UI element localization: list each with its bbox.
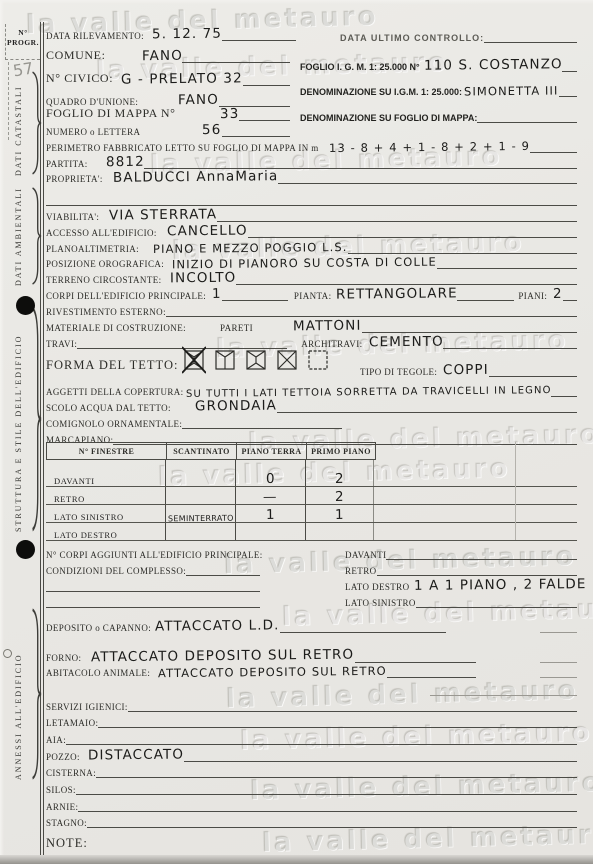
ruled-line — [540, 630, 577, 633]
ruled-line — [562, 69, 577, 72]
roof-shape-options — [182, 346, 330, 374]
field-label: TIPO DI TEGOLE: — [360, 367, 437, 377]
table-row: LATO SINISTRO SEMINTERRATO 1 1 — [46, 505, 376, 523]
field-label: DENOMINAZIONE SU I.G.M. 1: 25.000: — [300, 87, 462, 97]
field-label: FOGLIO DI MAPPA N° — [46, 106, 176, 121]
field-value-handwritten: GRONDAIA — [195, 398, 277, 415]
field-value-handwritten: ATTACCATO DEPOSITO SUL RETRO — [158, 664, 387, 680]
ruled-line — [551, 394, 577, 397]
ruled-line — [184, 759, 577, 762]
progr-label: N° — [6, 28, 40, 38]
field-label: SCOLO ACQUA DAL TETTO: — [46, 403, 171, 413]
field-value-handwritten: G - PRELATO 32 — [121, 70, 243, 87]
field-value-handwritten: MATTONI — [293, 318, 362, 335]
ruled-line — [540, 675, 577, 678]
field-value-handwritten: VIA STERRATA — [109, 206, 217, 223]
margin-group-label: DATI AMBIENTALI — [14, 186, 23, 286]
ruled-line — [96, 775, 577, 778]
cell-value-handwritten: 2 — [335, 489, 345, 505]
field-label: AGGETTI DELLA COPERTURA: — [46, 387, 184, 397]
column-header: SCANTINATO — [166, 443, 236, 459]
cell-value-handwritten: — — [263, 489, 278, 505]
field-label: COMUNE: — [46, 48, 106, 63]
field-label: NOTE: — [46, 836, 88, 851]
field-label: ACCESSO ALL'EDIFICIO: — [46, 228, 157, 238]
field-label: LATO DESTRO — [345, 582, 410, 592]
margin-group-dati-ambientali: DATI AMBIENTALI — [6, 186, 42, 286]
field-label: AIA: — [46, 735, 66, 745]
cell-value-handwritten: 1 — [266, 507, 276, 523]
field-label: PARTITA: — [46, 159, 88, 169]
row-label: DAVANTI — [46, 469, 165, 487]
ruled-line — [489, 374, 577, 377]
table-row: RETRO — 2 — [46, 487, 376, 505]
ruled-line — [477, 120, 577, 123]
page-edge — [0, 0, 593, 4]
ruled-line — [87, 825, 577, 828]
cell-value-handwritten: SEMINTERRATO — [168, 514, 234, 524]
field-value-handwritten: 5. 12. 75 — [152, 26, 222, 43]
ruled-line — [222, 38, 296, 41]
field-label: DEPOSITO o CAPANNO: — [46, 623, 151, 633]
field-label: CONDIZIONI DEL COMPLESSO: — [46, 566, 186, 576]
punch-hole-icon — [16, 296, 35, 315]
ruled-line — [437, 266, 577, 269]
field-value-handwritten: 1 — [212, 286, 222, 302]
field-value-handwritten: ATTACCATO L.D. — [155, 617, 280, 634]
ruled-line — [76, 792, 577, 795]
ruled-line — [362, 330, 577, 333]
field-label: VIABILITA': — [46, 212, 99, 222]
margin-group-label: DATI CATASTALI — [14, 70, 23, 176]
ruled-line — [128, 709, 577, 712]
ruled-line — [182, 426, 342, 429]
field-value-handwritten: CANCELLO — [167, 223, 248, 240]
ruled-line — [416, 605, 577, 608]
roof-hip-top-ridge-icon — [213, 346, 237, 374]
ruled-line — [236, 282, 577, 285]
cell-value-handwritten: 0 — [266, 471, 276, 487]
field-label: DENOMINAZIONE SU FOGLIO DI MAPPA: — [300, 113, 477, 123]
field-label: SERVIZI IGIENICI: — [46, 702, 128, 712]
page-edge — [0, 855, 593, 864]
field-label: DATA ULTIMO CONTROLLO: — [340, 33, 484, 43]
ruled-line — [166, 314, 577, 317]
ruled-line — [430, 693, 577, 696]
field-value-handwritten: SIMONETTA III — [464, 84, 559, 99]
field-label: PLANOALTIMETRIA: — [46, 244, 139, 254]
row-label: RETRO — [46, 487, 165, 505]
brace-icon — [30, 70, 42, 176]
ruled-line — [530, 150, 577, 153]
field-value-handwritten: 2 — [553, 286, 563, 302]
scanned-survey-form: la valle del metauro la valle del metaur… — [0, 0, 593, 864]
field-label: FORMA DEL TETTO: — [46, 358, 178, 373]
ruled-line — [248, 235, 578, 238]
roof-flat-icon — [306, 346, 330, 374]
column-header: N° FINESTRE — [47, 443, 166, 459]
field-label: DATA RILEVAMENTO: — [46, 31, 144, 41]
field-value-handwritten: 8812 — [106, 154, 145, 170]
field-value-handwritten: COPPI — [443, 362, 489, 378]
margin-group-annessi: ANNESSI ALL'EDIFICIO — [6, 608, 42, 780]
field-label: PIANTA: — [294, 291, 332, 301]
ruled-line — [186, 573, 260, 576]
field-label: FOGLIO I. G. M. 1: 25.000 N° — [300, 62, 420, 72]
field-label: ABITACOLO ANIMALE: — [46, 668, 150, 678]
field-label: PROPRIETA': — [46, 174, 103, 184]
brace-icon — [30, 306, 42, 532]
field-value-handwritten: CEMENTO — [368, 334, 443, 351]
progr-label: PROGR. — [6, 38, 40, 48]
field-label: N° CIVICO: — [46, 71, 113, 86]
field-value-handwritten: DISTACCATO — [88, 746, 184, 763]
ruled-line — [217, 219, 577, 222]
row-label: LATO DESTRO — [46, 523, 165, 541]
field-label: COMIGNOLO ORNAMENTALE: — [46, 419, 182, 429]
ruled-line — [443, 346, 577, 349]
field-value-handwritten: 56 — [202, 122, 222, 138]
field-value-handwritten: RETTANGOLARE — [335, 285, 457, 302]
field-value-handwritten: BALDUCCI AnnaMaria — [113, 168, 279, 186]
field-label: POSIZIONE OROGRAFICA: — [46, 259, 164, 269]
field-label: RIVESTIMENTO ESTERNO: — [46, 307, 166, 317]
ruled-line — [243, 83, 290, 86]
ruled-line — [386, 557, 577, 560]
ruled-line — [457, 298, 514, 301]
finestre-table: N° FINESTRE SCANTINATO PIANO TERRA PRIMO… — [46, 442, 376, 541]
ruled-line — [222, 134, 290, 137]
field-value-handwritten: 13 - 8 + 4 + 1 - 8 + 2 + 1 - 9 — [329, 139, 530, 155]
ruled-line — [182, 60, 290, 63]
margin-group-label: ANNESSI ALL'EDIFICIO — [14, 608, 23, 780]
brace-icon — [30, 186, 42, 286]
field-label: CORPI DELL'EDIFICIO PRINCIPALE: — [46, 291, 206, 301]
ruled-line — [66, 742, 577, 745]
field-value-handwritten: FANO — [141, 48, 182, 64]
field-label: POZZO: — [46, 752, 80, 762]
ruled-line — [277, 410, 577, 413]
ruled-line — [98, 725, 577, 728]
roof-hip-both-ends-icon-marked — [182, 346, 206, 374]
column-header: PRIMO PIANO — [306, 443, 375, 459]
ruled-line — [46, 203, 577, 206]
field-label: LATO SINISTRO — [345, 598, 416, 608]
ruled-line — [559, 94, 577, 97]
ruled-line — [484, 40, 577, 43]
field-label: TERRENO CIRCOSTANTE: — [46, 275, 162, 285]
field-label: TRAVI: — [46, 339, 77, 349]
margin-group-struttura-stile: STRUTTURA E STILE DELL'EDIFICIO — [6, 306, 42, 532]
column-header: PIANO TERRA — [236, 443, 306, 459]
field-sublabel: PARETI — [220, 323, 253, 333]
table-row: LATO DESTRO — [46, 523, 376, 541]
field-value-handwritten: 33 — [219, 106, 239, 122]
roof-hip-both-short-ridge-icon — [244, 346, 268, 374]
cell-value-handwritten: 1 — [335, 507, 345, 523]
field-label: PERIMETRO FABBRICATO LETTO SU FOGLIO DI … — [46, 143, 319, 153]
ruled-line — [278, 181, 577, 184]
progressive-number-box: N° PROGR. — [5, 24, 40, 60]
margin-group-label: STRUTTURA E STILE DELL'EDIFICIO — [14, 306, 23, 532]
ruled-line — [78, 809, 577, 812]
brace-icon — [30, 608, 42, 780]
table-row: DAVANTI 0 2 — [46, 469, 376, 487]
field-label: N° CORPI AGGIUNTI ALL'EDIFICIO PRINCIPAL… — [46, 550, 263, 560]
ruled-line — [280, 630, 446, 633]
margin-group-dati-catastali: DATI CATASTALI — [6, 70, 42, 176]
small-circle-mark-icon — [3, 649, 12, 658]
punch-hole-icon — [16, 540, 35, 559]
roof-pavilion-icon — [275, 346, 299, 374]
ruled-line — [563, 298, 577, 301]
table-spacer-row — [46, 460, 376, 469]
field-value-handwritten: INIZIO DI PIANORO SU COSTA DI COLLE — [172, 255, 437, 272]
field-label: ARNIE: — [46, 802, 78, 812]
cell-value-handwritten: 2 — [335, 471, 345, 487]
field-label: MATERIALE DI COSTRUZIONE: — [46, 323, 186, 333]
finestre-table-header: N° FINESTRE SCANTINATO PIANO TERRA PRIMO… — [46, 442, 376, 460]
field-value-handwritten: INCOLTO — [169, 270, 236, 287]
field-label: STAGNO: — [46, 818, 87, 828]
field-value-handwritten: 110 S. COSTANZO — [424, 56, 563, 73]
field-label: FORNO: — [46, 653, 81, 663]
field-label: CISTERNA: — [46, 768, 96, 778]
field-label: SILOS: — [46, 785, 76, 795]
row-label: LATO SINISTRO — [46, 505, 165, 523]
field-label: RETRO — [345, 566, 377, 576]
ruled-line — [239, 118, 290, 121]
field-label: PIANI: — [518, 291, 547, 301]
faint-column-rule — [515, 442, 516, 540]
ruled-line — [387, 675, 476, 678]
field-value-handwritten: 1 A 1 PIANO , 2 FALDE — [413, 576, 586, 594]
field-label: LETAMAIO: — [46, 718, 98, 728]
field-label: DAVANTI — [345, 550, 386, 560]
ruled-line — [46, 589, 260, 592]
field-label: NUMERO o LETTERA — [46, 127, 140, 137]
ruled-line — [46, 605, 260, 608]
page-edge — [0, 0, 4, 864]
ruled-line — [222, 298, 288, 301]
